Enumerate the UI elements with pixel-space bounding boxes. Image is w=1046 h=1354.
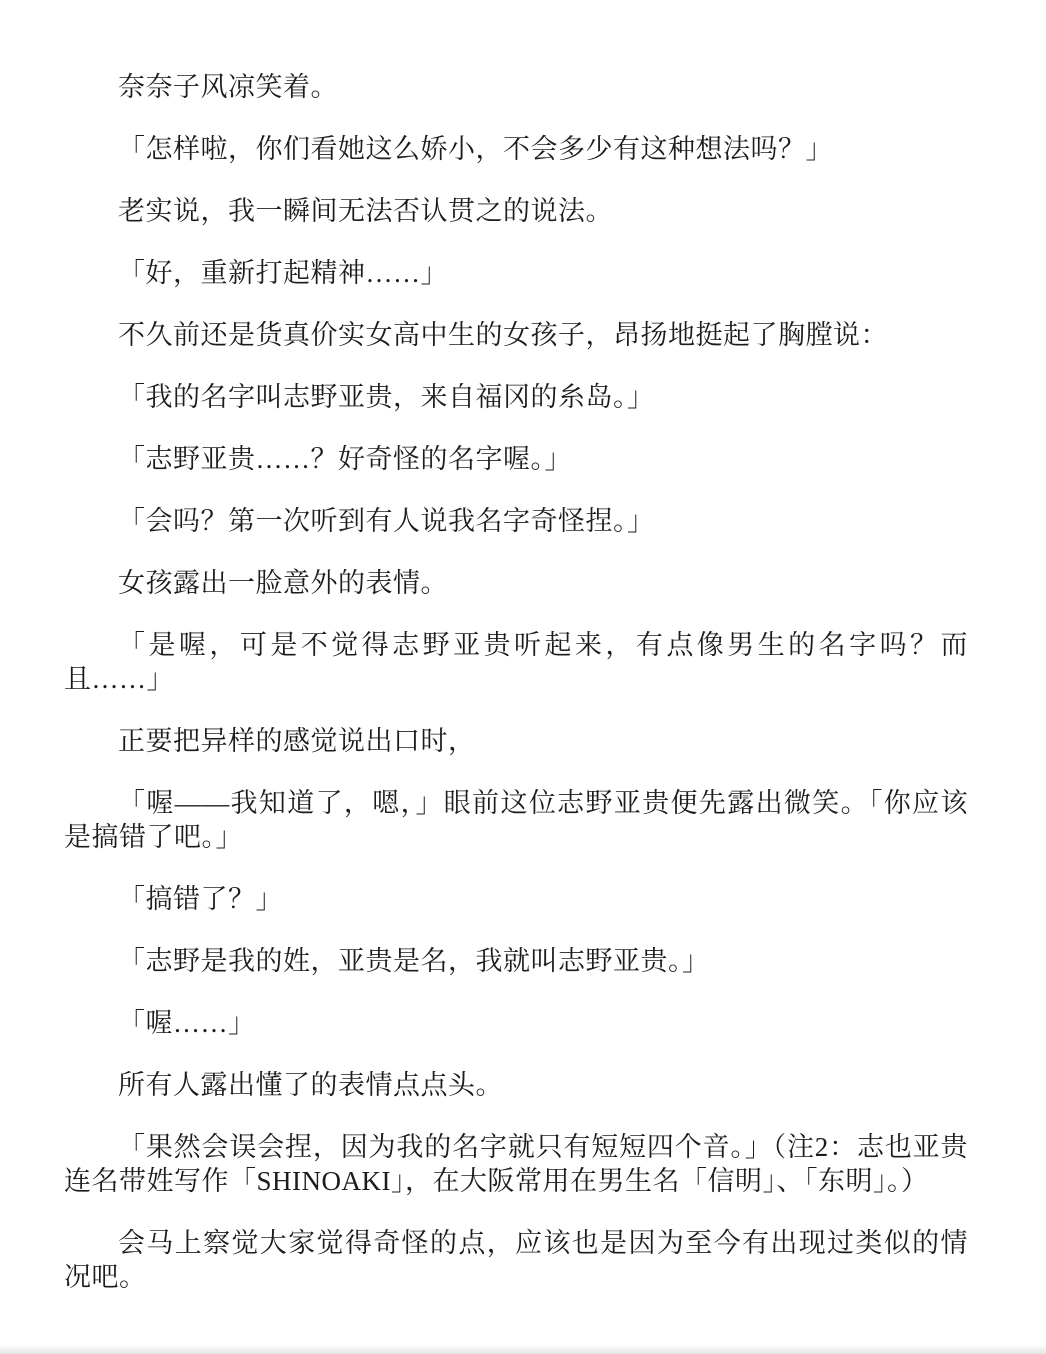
paragraph: 奈奈子风凉笑着。 (64, 70, 968, 104)
paragraph: 「我的名字叫志野亚贵，来自福冈的糸岛。」 (64, 380, 968, 414)
paragraph: 不久前还是货真价实女高中生的女孩子，昂扬地挺起了胸膛说： (64, 318, 968, 352)
paragraph: 「果然会误会捏，因为我的名字就只有短短四个音。」（注2：志也亚贵连名带姓写作「S… (64, 1130, 968, 1198)
paragraph: 所有人露出懂了的表情点点头。 (64, 1068, 968, 1102)
paragraph: 「是喔，可是不觉得志野亚贵听起来，有点像男生的名字吗？而且……」 (64, 628, 968, 696)
paragraph: 「喔——我知道了，嗯，」眼前这位志野亚贵便先露出微笑。「你应该是搞错了吧。」 (64, 786, 968, 854)
paragraph: 「怎样啦，你们看她这么娇小，不会多少有这种想法吗？」 (64, 132, 968, 166)
paragraph: 「志野亚贵……？好奇怪的名字喔。」 (64, 442, 968, 476)
paragraph: 「好，重新打起精神……」 (64, 256, 968, 290)
paragraph: 女孩露出一脸意外的表情。 (64, 566, 968, 600)
paragraph: 「志野是我的姓，亚贵是名，我就叫志野亚贵。」 (64, 944, 968, 978)
paragraph: 正要把异样的感觉说出口时， (64, 724, 968, 758)
paragraph: 「喔……」 (64, 1006, 968, 1040)
paragraph: 「会吗？第一次听到有人说我名字奇怪捏。」 (64, 504, 968, 538)
novel-text-body: 奈奈子风凉笑着。 「怎样啦，你们看她这么娇小，不会多少有这种想法吗？」 老实说，… (64, 70, 968, 1322)
page-bottom-shadow (0, 1344, 1046, 1354)
novel-page: 奈奈子风凉笑着。 「怎样啦，你们看她这么娇小，不会多少有这种想法吗？」 老实说，… (0, 0, 1046, 1354)
paragraph: 会马上察觉大家觉得奇怪的点，应该也是因为至今有出现过类似的情况吧。 (64, 1226, 968, 1294)
paragraph: 老实说，我一瞬间无法否认贯之的说法。 (64, 194, 968, 228)
paragraph: 「搞错了？」 (64, 882, 968, 916)
